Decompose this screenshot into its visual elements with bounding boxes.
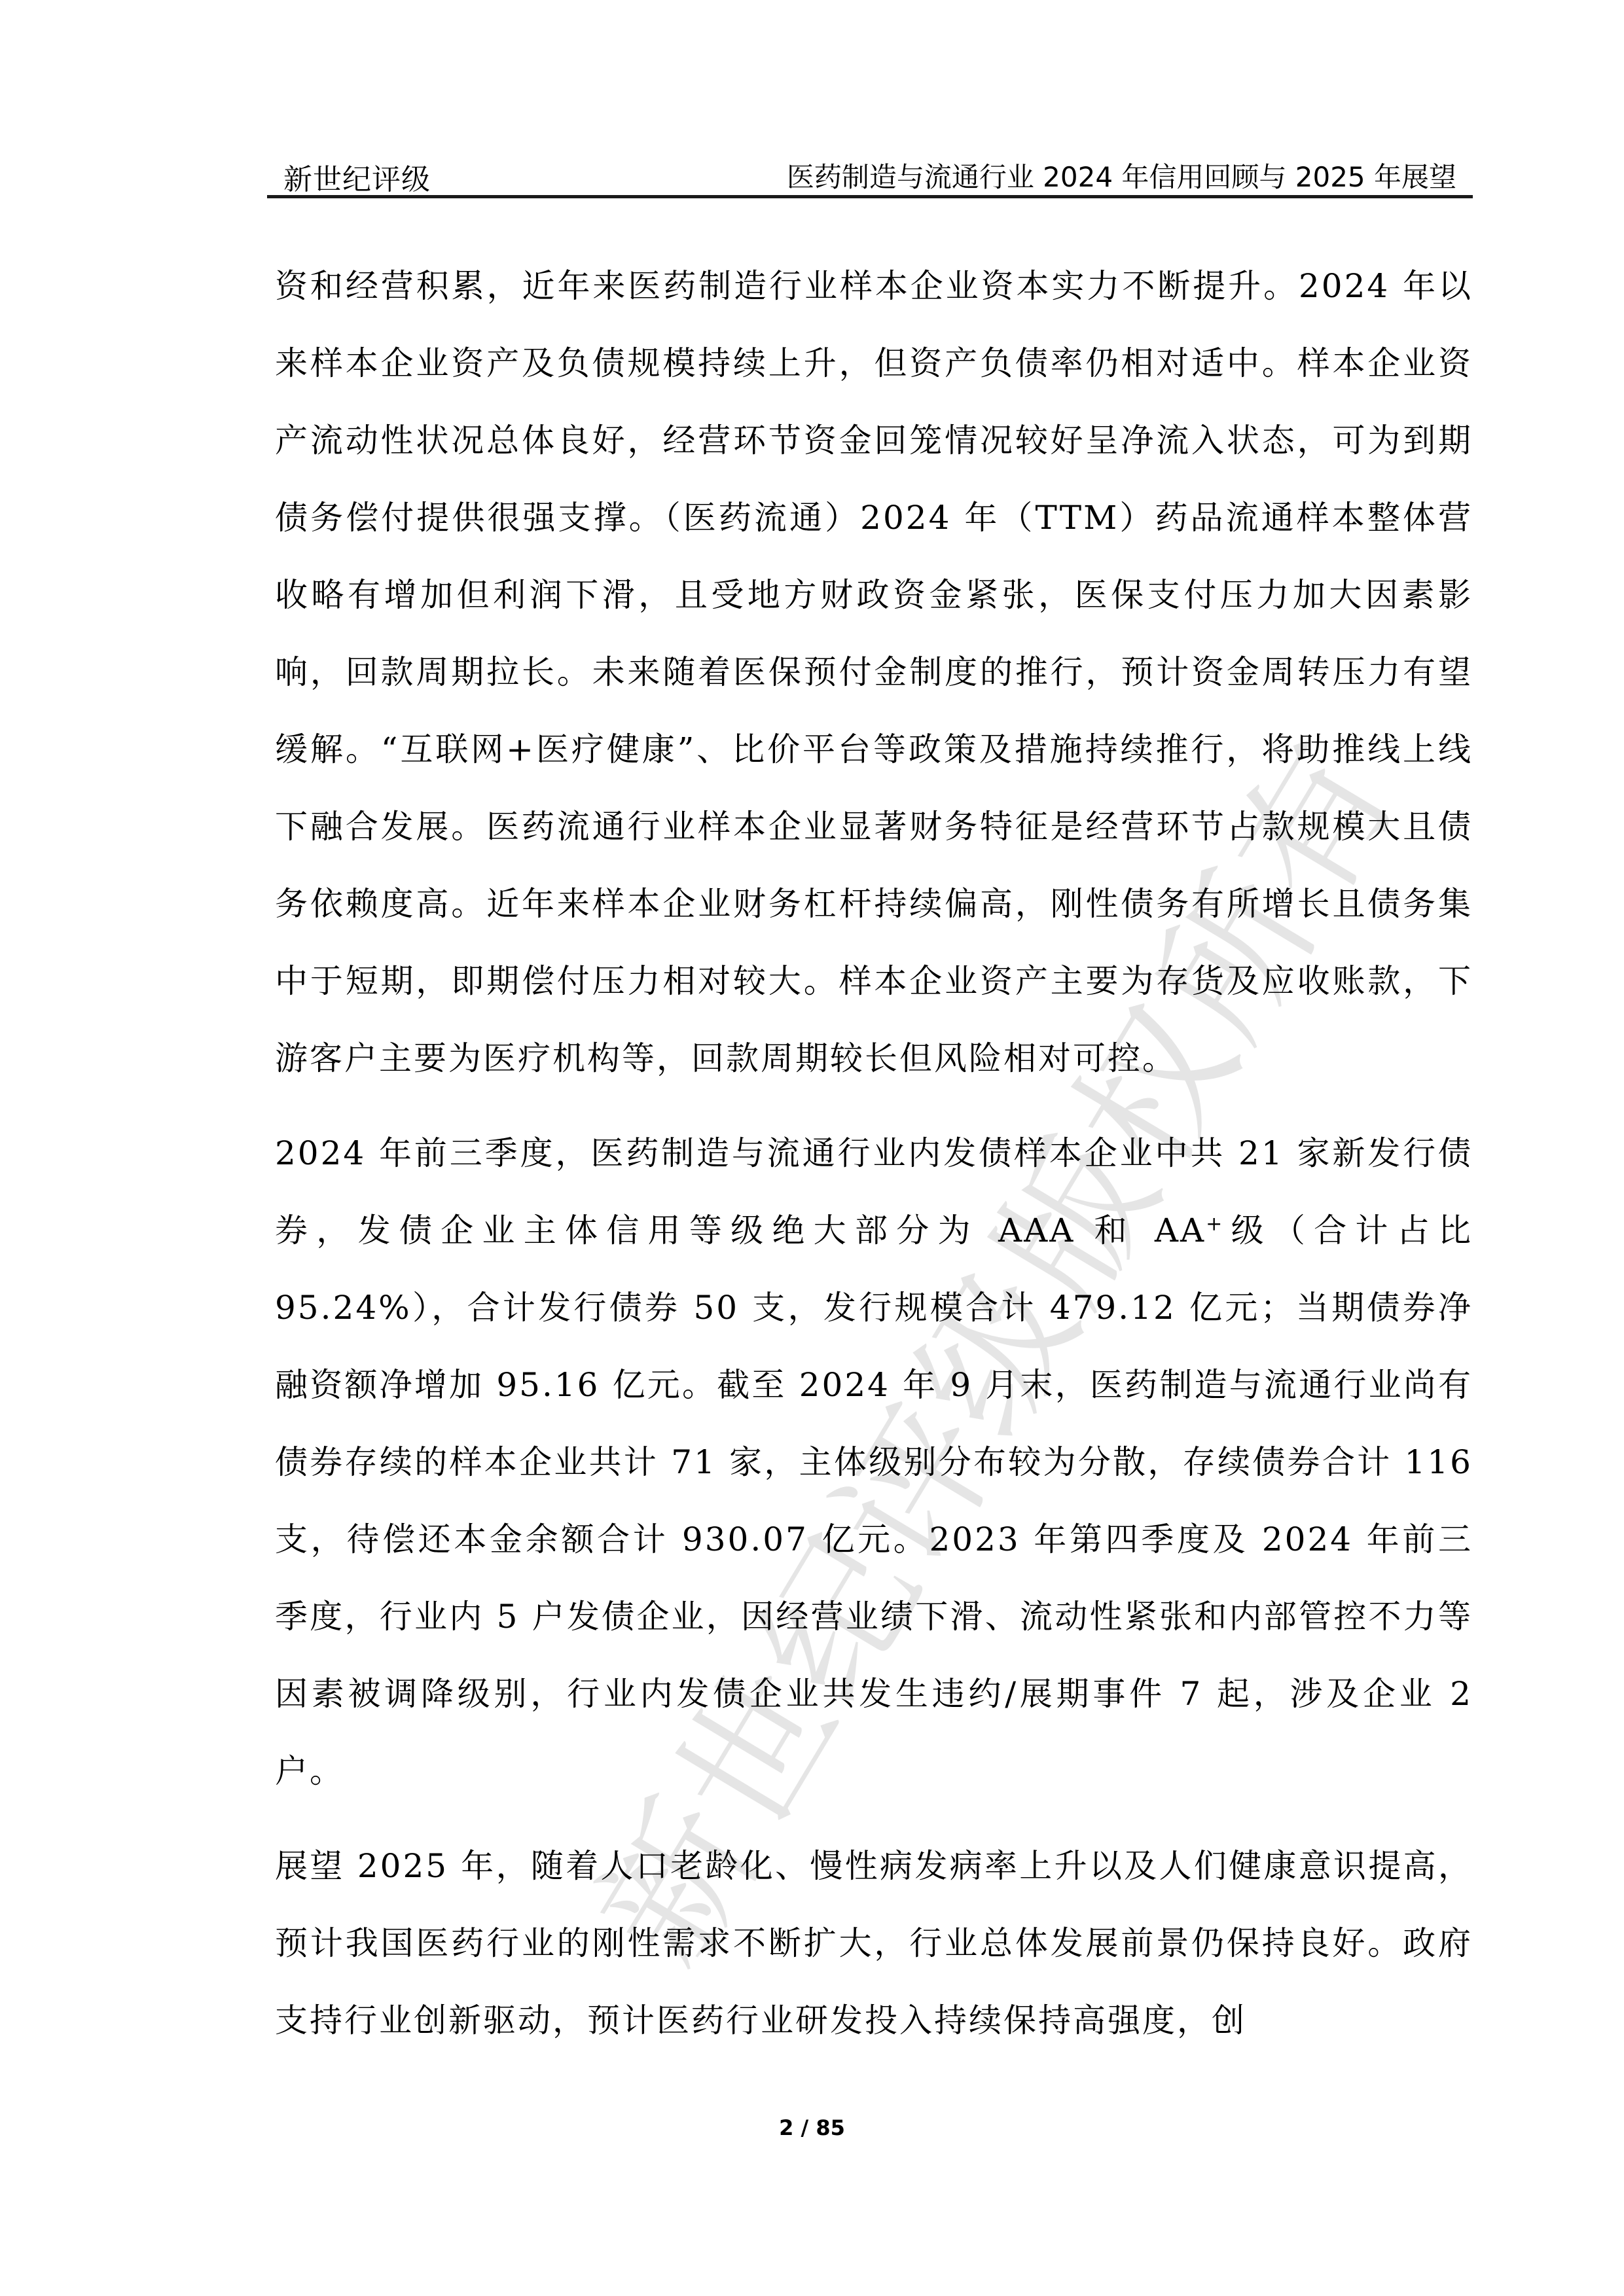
paragraph-sector-summary: 资和经营积累，近年来医药制造行业样本企业资本实力不断提升。2024 年以来样本企… xyxy=(275,247,1473,1097)
paragraph-bond-issuance-rest: 级（合计占比 95.24%），合计发行债券 50 支，发行规模合计 479.12… xyxy=(275,1211,1473,1790)
paragraph-bond-issuance: 2024 年前三季度，医药制造与流通行业内发债样本企业中共 21 家新发行债券，… xyxy=(275,1115,1473,1810)
page-header: 新世纪评级 医药制造与流通行业 2024 年信用回顾与 2025 年展望 xyxy=(267,149,1473,198)
rating-plus-superscript: + xyxy=(1206,1212,1224,1235)
document-page: 新世纪评级 医药制造与流通行业 2024 年信用回顾与 2025 年展望 新世纪… xyxy=(0,0,1624,2296)
report-body: 资和经营积累，近年来医药制造行业样本企业资本实力不断提升。2024 年以来样本企… xyxy=(275,247,1473,2077)
header-org-name: 新世纪评级 xyxy=(283,156,431,198)
page-number: 2 / 85 xyxy=(0,2115,1624,2140)
header-report-title: 医药制造与流通行业 2024 年信用回顾与 2025 年展望 xyxy=(787,156,1456,195)
paragraph-2025-outlook: 展望 2025 年，随着人口老龄化、慢性病发病率上升以及人们健康意识提高，预计我… xyxy=(275,1827,1473,2059)
